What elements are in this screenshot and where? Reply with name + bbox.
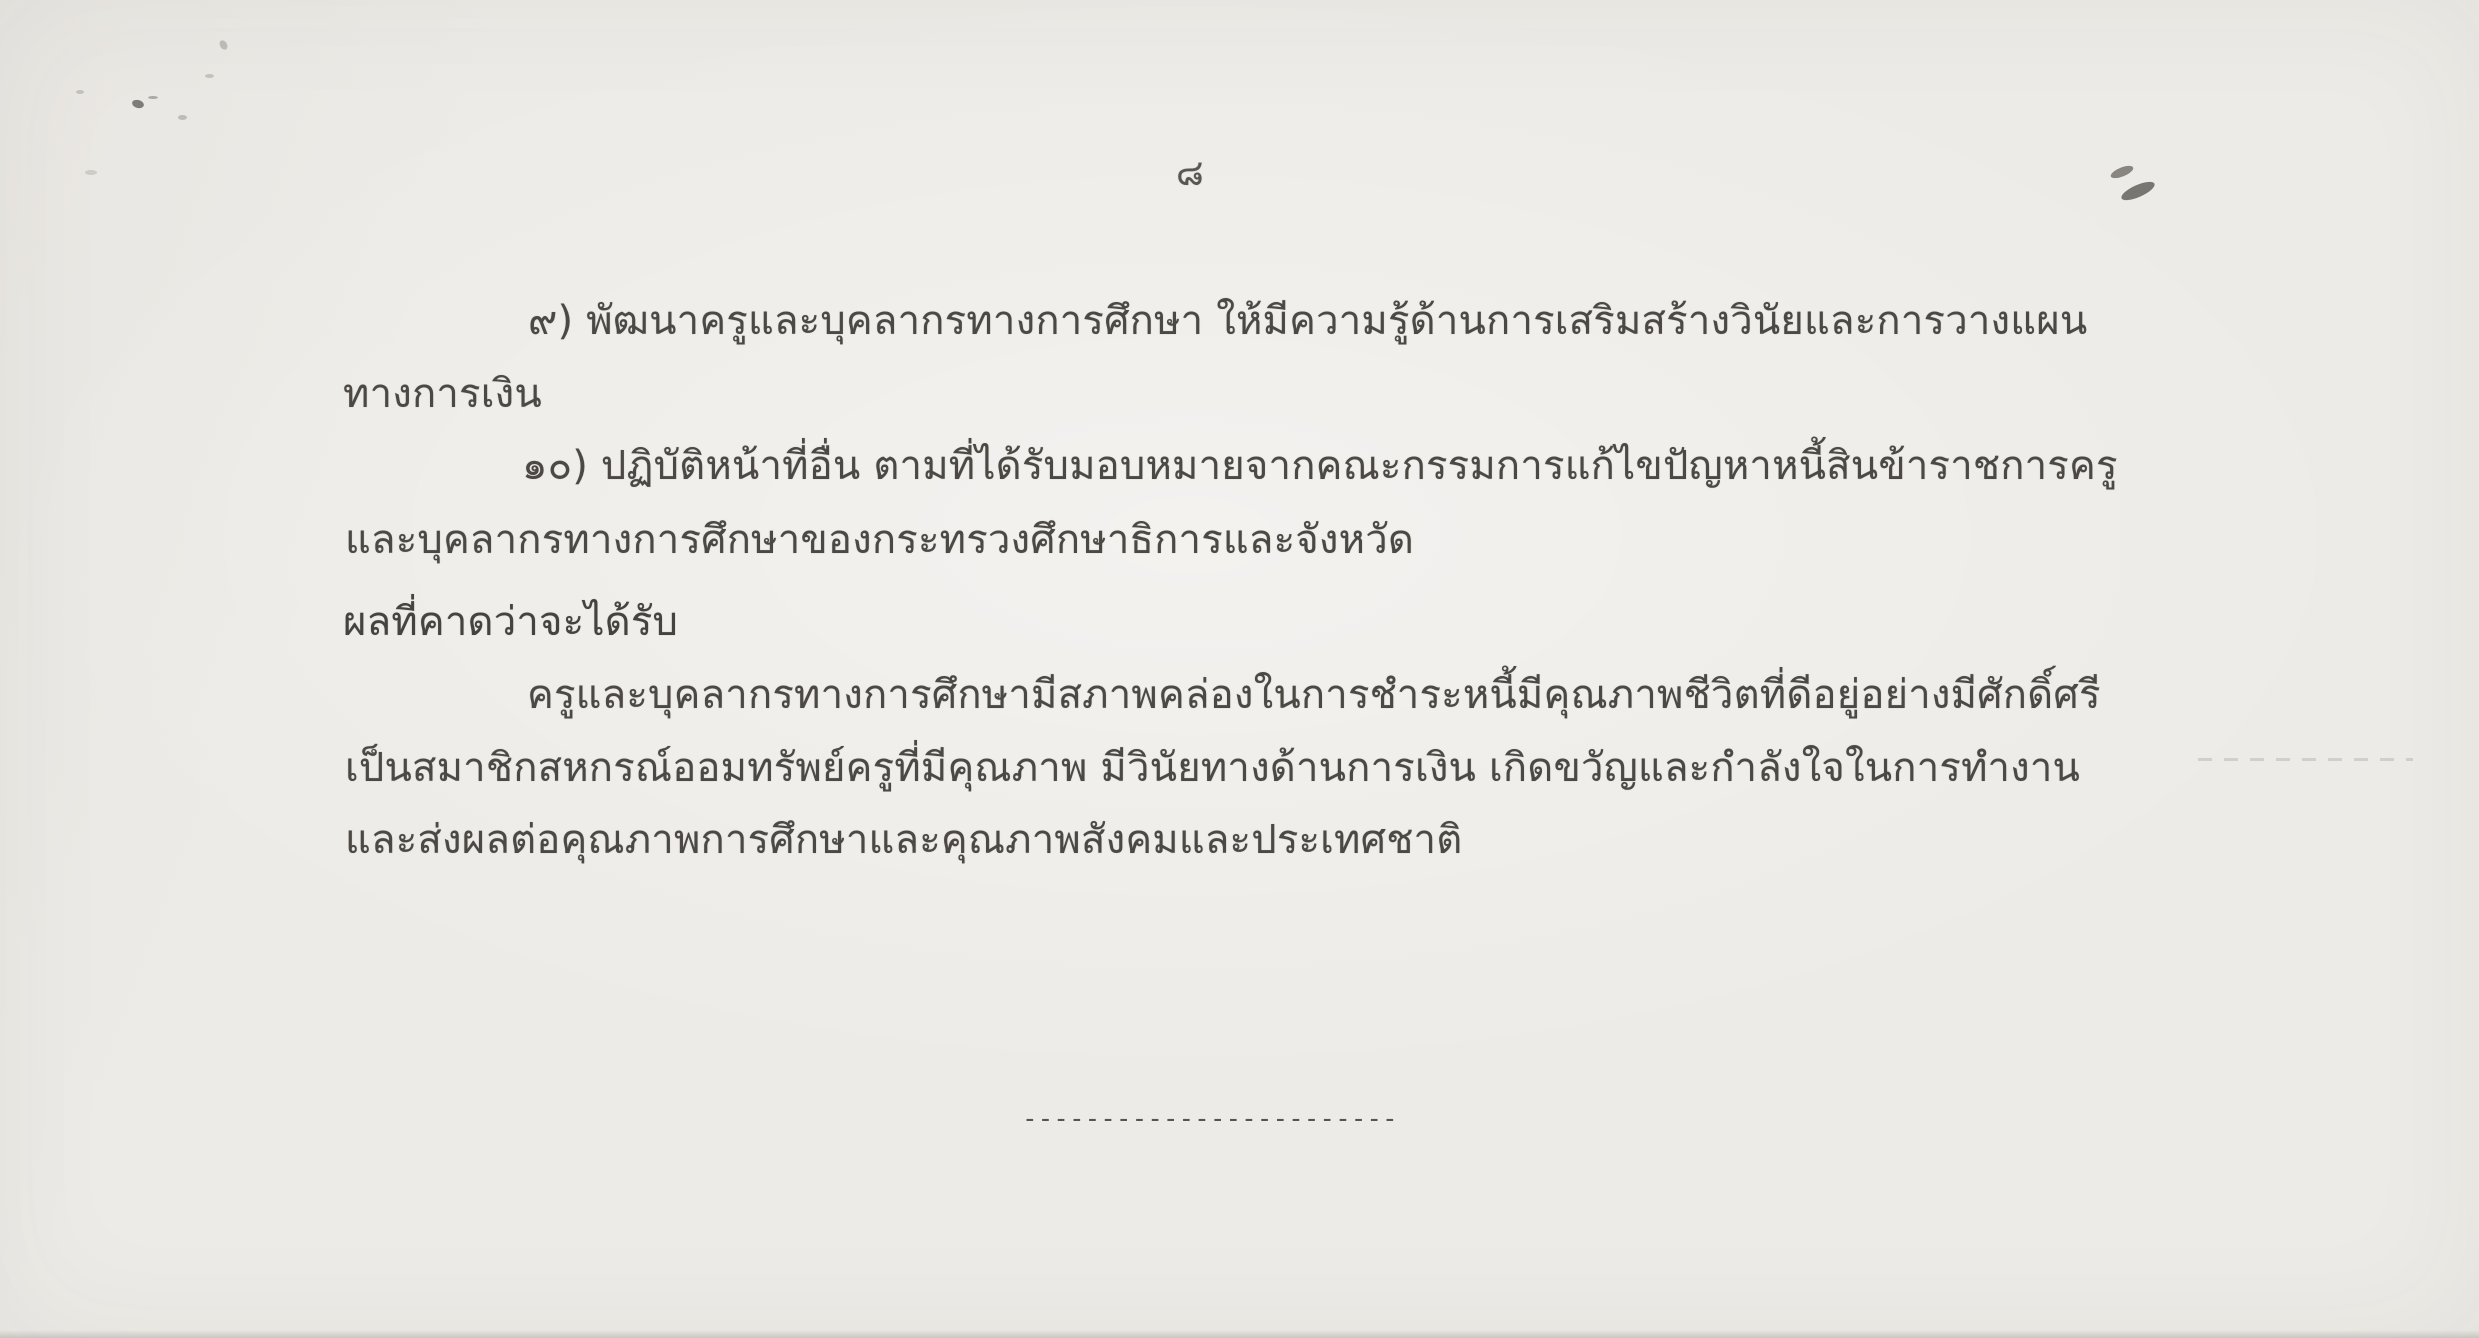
scan-speck xyxy=(85,170,97,175)
scan-bottom-edge-shadow xyxy=(0,1330,2479,1338)
scan-speck xyxy=(131,99,145,110)
expected-results-line-3: และส่งผลต่อคุณภาพการศึกษาและคุณภาพสังคมแ… xyxy=(345,812,1462,868)
end-of-document-dashed-rule: ------------------------ xyxy=(1022,1104,1422,1134)
item-9-line-2: ทางการเงิน xyxy=(343,366,542,422)
expected-results-heading: ผลที่คาดว่าจะได้รับ xyxy=(343,594,678,650)
item-9-line-1: ๙) พัฒนาครูและบุคลากรทางการศึกษา ให้มีคว… xyxy=(528,293,2087,349)
scan-speck xyxy=(218,39,229,51)
scan-speck xyxy=(205,74,214,78)
expected-results-line-1: ครูและบุคลากรทางการศึกษามีสภาพคล่องในการ… xyxy=(527,667,2101,723)
expected-results-line-2: เป็นสมาชิกสหกรณ์ออมทรัพย์ครูที่มีคุณภาพ … xyxy=(345,740,2080,796)
item-10-line-1: ๑๐) ปฏิบัติหน้าที่อื่น ตามที่ได้รับมอบหม… xyxy=(522,438,2118,494)
page-number: ๘ xyxy=(1176,146,1204,202)
pencil-tick-mark xyxy=(2100,158,2190,218)
scan-speck xyxy=(148,96,158,99)
scanned-document-page: ๘ ๙) พัฒนาครูและบุคลากรทางการศึกษา ให้มี… xyxy=(0,0,2479,1338)
item-10-line-2: และบุคลากรทางการศึกษาของกระทรวงศึกษาธิกา… xyxy=(345,512,1414,568)
faint-pencil-dashes xyxy=(2198,758,2413,761)
scan-speck xyxy=(76,90,84,94)
scan-speck xyxy=(178,115,187,120)
